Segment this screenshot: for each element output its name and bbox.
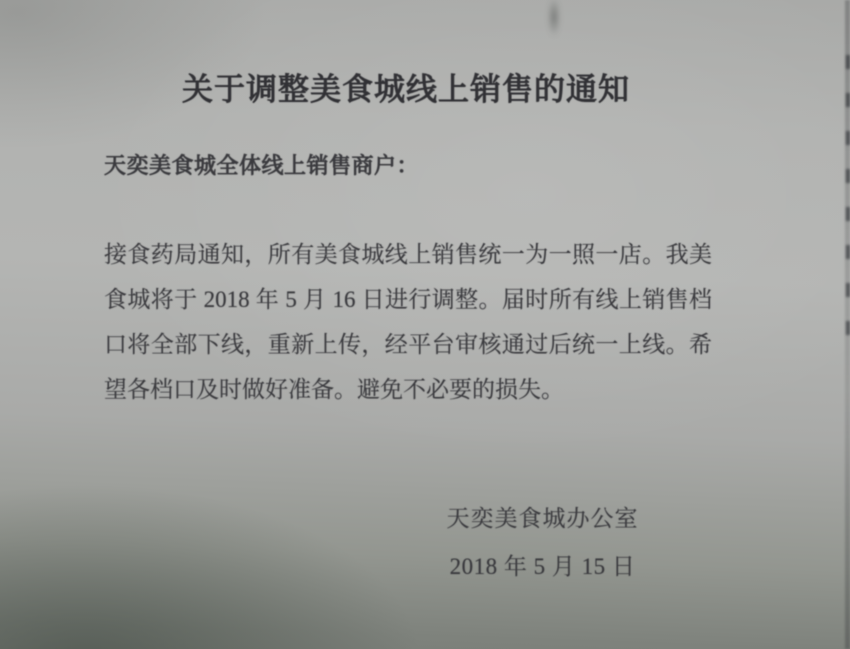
notice-document: 关于调整美食城线上销售的通知 天奕美食城全体线上销售商户： 接食药局通知，所有美… bbox=[0, 0, 850, 649]
notice-title: 关于调整美食城线上销售的通知 bbox=[60, 70, 752, 110]
notice-signature: 天奕美食城办公室 bbox=[400, 503, 685, 535]
notice-salutation: 天奕美食城全体线上销售商户： bbox=[104, 150, 419, 182]
body-line: 望各档口及时做好准备。避免不必要的损失。 bbox=[104, 367, 712, 412]
body-line: 食城将于 2018 年 5 月 16 日进行调整。届时所有线上销售档 bbox=[104, 277, 712, 322]
document-photo: 关于调整美食城线上销售的通知 天奕美食城全体线上销售商户： 接食药局通知，所有美… bbox=[0, 0, 850, 649]
signature-block: 天奕美食城办公室 2018 年 5 月 15 日 bbox=[400, 503, 685, 582]
notice-body: 接食药局通知，所有美食城线上销售统一为一照一店。我美食城将于 2018 年 5 … bbox=[104, 232, 712, 412]
body-line: 接食药局通知，所有美食城线上销售统一为一照一店。我美 bbox=[104, 232, 712, 277]
notice-date: 2018 年 5 月 15 日 bbox=[400, 552, 685, 582]
body-line: 口将全部下线，重新上传，经平台审核通过后统一上线。希 bbox=[104, 322, 712, 367]
